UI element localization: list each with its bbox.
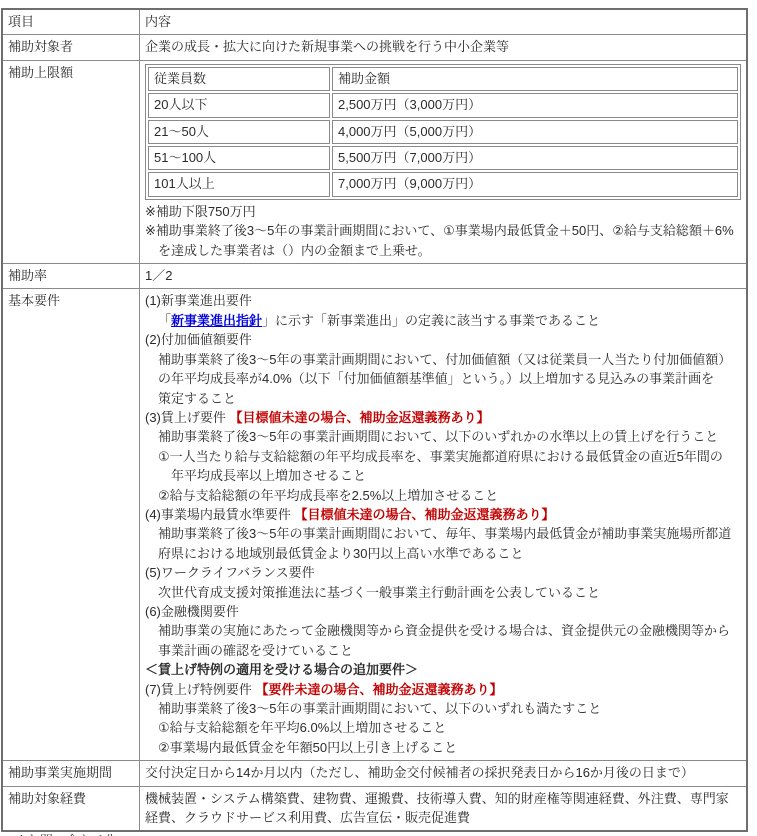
limit-table-row: 101人以上7,000万円（9,000万円） [148,172,738,196]
requirement-text: ＜賃上げ特例の適用を受ける場合の追加要件＞ [145,662,418,677]
employee-range-cell: 51～100人 [148,146,330,170]
requirements-value-cell: (1)新事業進出要件「新事業進出指針」に示す「新事業進出」の定義に該当する事業で… [140,289,748,761]
requirement-line: (2)付加価値額要件 [145,330,741,349]
limit-table-row: 従業員数補助金額 [148,67,738,91]
requirement-line: 次世代育成支援対策推進法に基づく一般事業主行動計画を公表していること [145,583,741,602]
requirement-text: (6)金融機関要件 [145,604,239,619]
requirement-line: 補助事業終了後3～5年の事業計画期間において、以下のいずれかの水準以上の賃上げを… [145,427,741,446]
requirement-text: 「 [158,313,171,328]
requirement-text: 年平均成長率以上増加させること [171,468,366,483]
requirement-text: 補助事業終了後3～5年の事業計画期間において、毎年、事業場内最低賃金が補助事業実… [158,526,731,541]
period-label: 補助事業実施期間 [2,761,140,786]
refund-warning-text: 【目標値未達の場合、補助金返還義務あり】 [230,410,490,425]
requirement-line: の年平均成長率が4.0%（以下「付加価値額基準値」という。）以上増加する見込みの… [145,369,741,388]
requirements-row: 基本要件 (1)新事業進出要件「新事業進出指針」に示す「新事業進出」の定義に該当… [2,289,747,761]
expenses-row: 補助対象経費 機械装置・システム構築費、建物費、運搬費、技術導入費、知的財産権等… [2,786,747,831]
requirement-line: (1)新事業進出要件 [145,291,741,310]
requirement-text: 補助事業終了後3～5年の事業計画期間において、以下のいずれかの水準以上の賃上げを… [158,429,718,444]
limit-value-cell: 従業員数補助金額20人以下2,500万円（3,000万円）21～50人4,000… [140,60,748,263]
limit-table-row: 51～100人5,500万円（7,000万円） [148,146,738,170]
period-row: 補助事業実施期間 交付決定日から14か月以内（ただし、補助金交付候補者の採択発表… [2,761,747,786]
requirement-text: 策定すること [158,391,236,406]
employee-count-header-cell: 従業員数 [148,67,330,91]
requirement-text: (3)賃上げ要件 [145,410,230,425]
limit-table-row: 21～50人4,000万円（5,000万円） [148,120,738,144]
shinjigyo-shishin-link[interactable]: 新事業進出指針 [171,313,262,328]
subsidy-summary-table: 項目 内容 補助対象者 企業の成長・拡大に向けた新規事業への挑戦を行う中小企業等… [1,8,748,832]
requirement-line: 補助事業の実施にあたって金融機関等から資金提供を受ける場合は、資金提供元の金融機… [145,621,741,640]
requirement-text: 補助事業の実施にあたって金融機関等から資金提供を受ける場合は、資金提供元の金融機… [158,623,730,638]
target-value: 企業の成長・拡大に向けた新規事業への挑戦を行う中小企業等 [140,35,748,60]
requirement-text: 補助事業終了後3～5年の事業計画期間において、以下のいずれも満たすこと [158,701,601,716]
subsidy-amount-cell: 5,500万円（7,000万円） [332,146,738,170]
limit-table-row: 20人以下2,500万円（3,000万円） [148,93,738,117]
requirement-text: の年平均成長率が4.0%（以下「付加価値額基準値」という。）以上増加する見込みの… [158,371,714,386]
clipped-bottom-text: ※お問い合わせ先 [16,832,750,836]
refund-warning-text: 【目標値未達の場合、補助金返還義務あり】 [295,507,555,522]
limit-note-line: ※補助下限750万円 [145,202,741,221]
requirement-line: 補助事業終了後3～5年の事業計画期間において、付加価値額（又は従業員一人当たり付… [145,350,741,369]
requirement-text: 事業計画の確認を受けていること [158,643,353,658]
requirement-line: (6)金融機関要件 [145,602,741,621]
requirements-label: 基本要件 [2,289,140,761]
requirement-line: ①一人当たり給与支給総額の年平均成長率を、事業実施都道府県における最低賃金の直近… [145,447,741,466]
limit-label: 補助上限額 [2,60,140,263]
requirement-line: (7)賃上げ特例要件 【要件未達の場合、補助金返還義務あり】 [145,680,741,699]
requirement-line: ＜賃上げ特例の適用を受ける場合の追加要件＞ [145,660,741,679]
requirement-text: (5)ワークライフバランス要件 [145,565,315,580]
requirement-text: 次世代育成支援対策推進法に基づく一般事業主行動計画を公表していること [158,585,600,600]
limit-inner-table: 従業員数補助金額20人以下2,500万円（3,000万円）21～50人4,000… [145,64,741,200]
target-row: 補助対象者 企業の成長・拡大に向けた新規事業への挑戦を行う中小企業等 [2,35,747,60]
employee-range-cell: 21～50人 [148,120,330,144]
employee-range-cell: 101人以上 [148,172,330,196]
header-row: 項目 内容 [2,9,747,35]
requirement-line: 年平均成長率以上増加させること [145,466,741,485]
subsidy-amount-header-cell: 補助金額 [332,67,738,91]
period-value: 交付決定日から14か月以内（ただし、補助金交付候補者の採択発表日から16か月後の… [140,761,748,786]
subsidy-amount-cell: 4,000万円（5,000万円） [332,120,738,144]
expenses-label: 補助対象経費 [2,786,140,831]
requirement-line: (5)ワークライフバランス要件 [145,563,741,582]
limit-row: 補助上限額 従業員数補助金額20人以下2,500万円（3,000万円）21～50… [2,60,747,263]
requirement-text: 」に示す「新事業進出」の定義に該当する事業であること [262,313,600,328]
limit-note-line: ※補助事業終了後3～5年の事業計画期間において、①事業場内最低賃金＋50円、②給… [145,221,741,240]
header-content-cell: 内容 [140,9,748,35]
limit-note-line: を達成した事業者は（）内の金額まで上乗せ。 [145,241,741,260]
requirement-text: ①給与支給総額を年平均6.0%以上増加させること [158,720,446,735]
requirement-line: ②事業場内最低賃金を年額50円以上引き上げること [145,738,741,757]
subsidy-amount-cell: 2,500万円（3,000万円） [332,93,738,117]
requirement-line: (4)事業場内最賃水準要件 【目標値未達の場合、補助金返還義務あり】 [145,505,741,524]
expenses-value: 機械装置・システム構築費、建物費、運搬費、技術導入費、知的財産権等関連経費、外注… [140,786,748,831]
requirement-line: 補助事業終了後3～5年の事業計画期間において、毎年、事業場内最低賃金が補助事業実… [145,524,741,543]
requirements-lines: (1)新事業進出要件「新事業進出指針」に示す「新事業進出」の定義に該当する事業で… [145,291,741,757]
requirement-line: 府県における地域別最低賃金より30円以上高い水準であること [145,544,741,563]
rate-label: 補助率 [2,264,140,289]
requirement-line: 策定すること [145,389,741,408]
limit-notes: ※補助下限750万円※補助事業終了後3～5年の事業計画期間において、①事業場内最… [145,202,741,260]
requirement-line: 事業計画の確認を受けていること [145,641,741,660]
requirement-text: (1)新事業進出要件 [145,293,252,308]
requirement-line: ②給与支給総額の年平均成長率を2.5%以上増加させること [145,486,741,505]
employee-range-cell: 20人以下 [148,93,330,117]
header-item-cell: 項目 [2,9,140,35]
page: 項目 内容 補助対象者 企業の成長・拡大に向けた新規事業への挑戦を行う中小企業等… [0,0,756,836]
subsidy-amount-cell: 7,000万円（9,000万円） [332,172,738,196]
requirement-text: ②事業場内最低賃金を年額50円以上引き上げること [158,740,457,755]
rate-value: 1／2 [140,264,748,289]
requirement-text: (4)事業場内最賃水準要件 [145,507,295,522]
requirement-text: 補助事業終了後3～5年の事業計画期間において、付加価値額（又は従業員一人当たり付… [158,352,731,367]
requirement-text: (7)賃上げ特例要件 [145,682,256,697]
requirement-line: (3)賃上げ要件 【目標値未達の場合、補助金返還義務あり】 [145,408,741,427]
requirement-line: 補助事業終了後3～5年の事業計画期間において、以下のいずれも満たすこと [145,699,741,718]
refund-warning-text: 【要件未達の場合、補助金返還義務あり】 [256,682,503,697]
requirement-text: ②給与支給総額の年平均成長率を2.5%以上増加させること [158,488,498,503]
requirement-text: (2)付加価値額要件 [145,332,252,347]
target-label: 補助対象者 [2,35,140,60]
rate-row: 補助率 1／2 [2,264,747,289]
requirement-line: ①給与支給総額を年平均6.0%以上増加させること [145,718,741,737]
requirement-line: 「新事業進出指針」に示す「新事業進出」の定義に該当する事業であること [145,311,741,330]
requirement-text: ①一人当たり給与支給総額の年平均成長率を、事業実施都道府県における最低賃金の直近… [158,449,723,464]
requirement-text: 府県における地域別最低賃金より30円以上高い水準であること [158,546,523,561]
